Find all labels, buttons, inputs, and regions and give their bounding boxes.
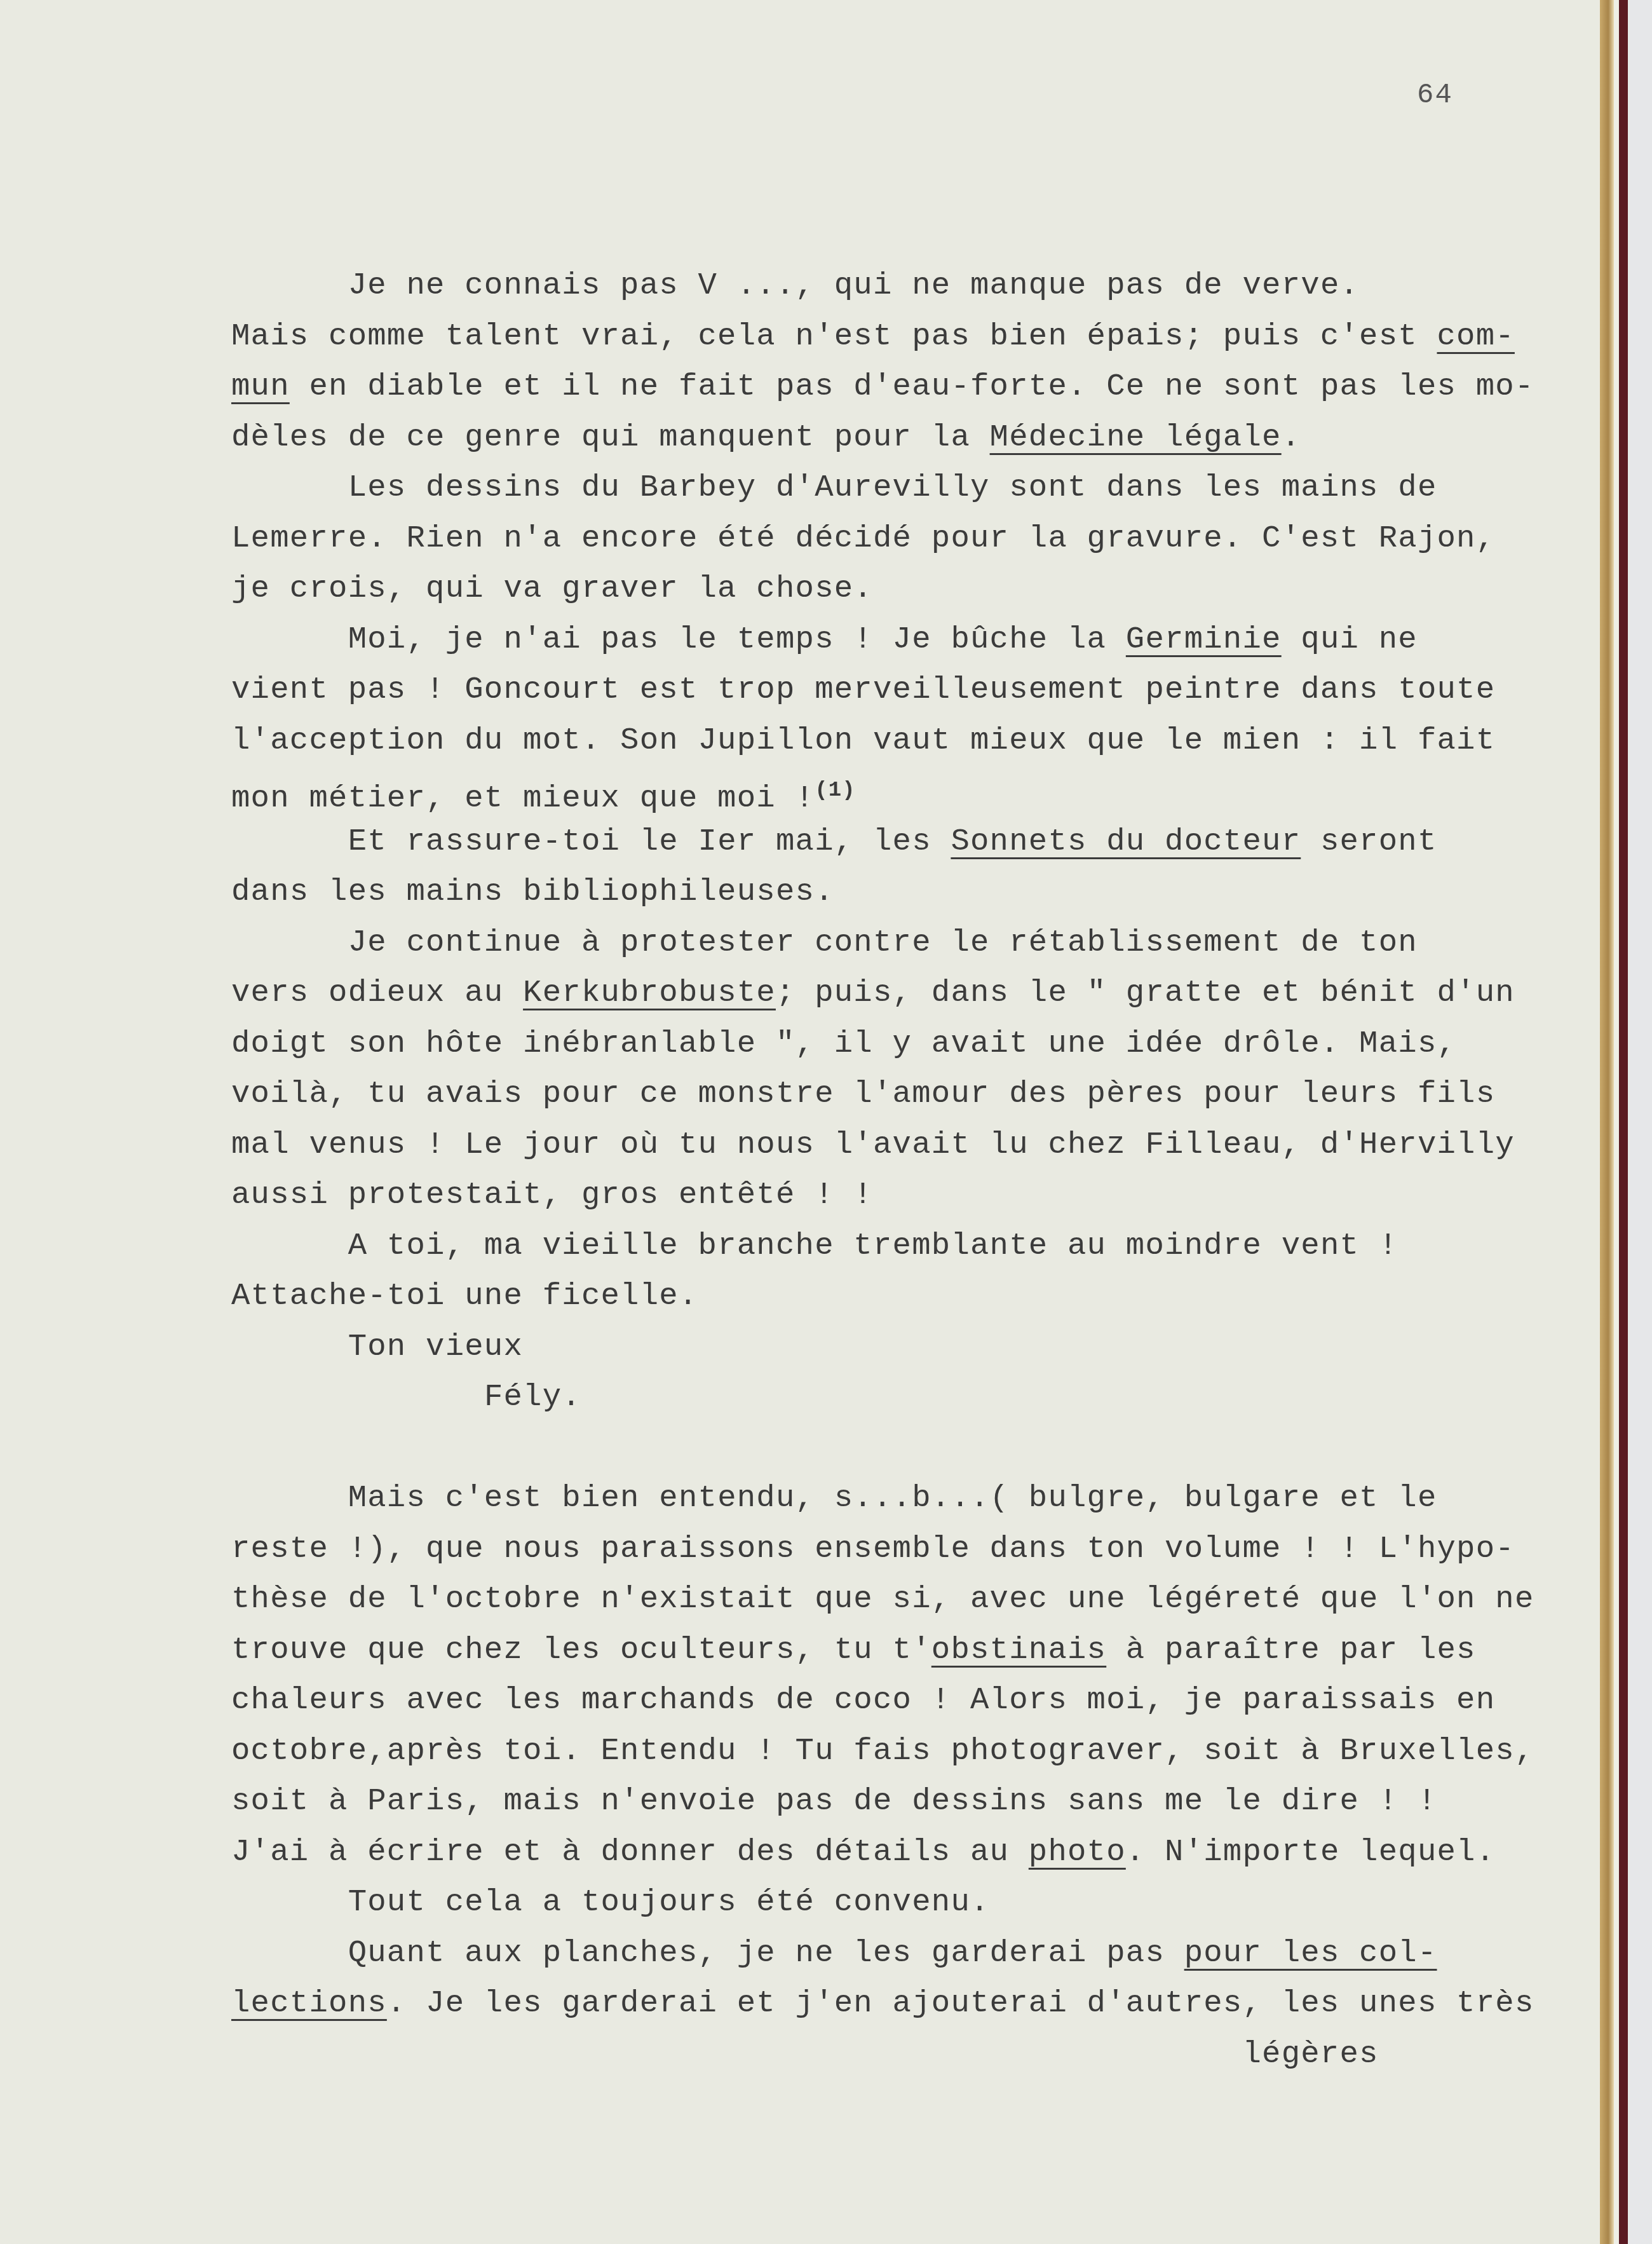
text-line: je crois, qui va graver la chose.	[231, 564, 1604, 615]
text-run: qui ne	[1282, 622, 1418, 657]
text-run: Quant aux planches, je ne les garderai p…	[348, 1935, 1184, 1971]
text-run: Ton vieux	[348, 1329, 523, 1364]
underlined-text: photo	[1029, 1834, 1126, 1870]
underlined-text: Germinie	[1126, 622, 1282, 657]
text-run: mon métier, et mieux que moi !	[231, 780, 815, 816]
text-run: Tout cela a toujours été convenu.	[348, 1884, 990, 1920]
text-run: trouve que chez les oculteurs, tu t'	[231, 1632, 931, 1668]
text-line: mal venus ! Le jour où tu nous l'avait l…	[231, 1120, 1604, 1171]
text-line: thèse de l'octobre n'existait que si, av…	[231, 1574, 1604, 1625]
text-run: l'acception du mot. Son Jupillon vaut mi…	[231, 723, 1495, 758]
text-run: à paraître par les	[1106, 1632, 1476, 1668]
book-binding-edge	[1600, 0, 1614, 2244]
text-run: aussi protestait, gros entêté ! !	[231, 1177, 873, 1213]
text-line: l'acception du mot. Son Jupillon vaut mi…	[231, 716, 1604, 766]
text-run: vers odieux au	[231, 975, 523, 1010]
underlined-text: com-	[1437, 318, 1515, 354]
letter-body: Je ne connais pas V ..., qui ne manque p…	[231, 261, 1604, 2079]
text-run: seront	[1301, 824, 1437, 859]
text-run: voilà, tu avais pour ce monstre l'amour …	[231, 1076, 1495, 1112]
text-run: . N'importe lequel.	[1126, 1834, 1496, 1870]
text-run: doigt son hôte inébranlable ", il y avai…	[231, 1026, 1456, 1061]
text-run: Fély.	[484, 1379, 581, 1415]
underlined-text: Sonnets du docteur	[951, 824, 1301, 859]
text-run: Mais c'est bien entendu, s...b...( bulgr…	[348, 1480, 1437, 1516]
text-run: Je ne connais pas V ..., qui ne manque p…	[348, 268, 1359, 303]
text-line: Les dessins du Barbey d'Aurevilly sont d…	[231, 463, 1604, 513]
text-line: doigt son hôte inébranlable ", il y avai…	[231, 1019, 1604, 1070]
text-line: Quant aux planches, je ne les garderai p…	[231, 1928, 1604, 1979]
text-line: A toi, ma vieille branche tremblante au …	[231, 1221, 1604, 1272]
underlined-text: pour les col-	[1184, 1935, 1437, 1971]
text-line: dans les mains bibliophileuses.	[231, 867, 1604, 918]
typescript-page: 64 Je ne connais pas V ..., qui ne manqu…	[0, 0, 1608, 2244]
text-run: Mais comme talent vrai, cela n'est pas b…	[231, 318, 1437, 354]
text-line: dèles de ce genre qui manquent pour la M…	[231, 412, 1604, 463]
underlined-text: obstinais	[931, 1632, 1106, 1668]
text-line: trouve que chez les oculteurs, tu t'obst…	[231, 1625, 1604, 1676]
text-line: vient pas ! Goncourt est trop merveilleu…	[231, 665, 1604, 716]
text-run: vient pas ! Goncourt est trop merveilleu…	[231, 672, 1495, 707]
page-number: 64	[1417, 79, 1453, 111]
text-run: J'ai à écrire et à donner des détails au	[231, 1834, 1029, 1870]
text-line: chaleurs avec les marchands de coco ! Al…	[231, 1675, 1604, 1726]
text-run: . Je les garderai et j'en ajouterai d'au…	[387, 1985, 1534, 2021]
text-line: Je continue à protester contre le rétabl…	[231, 918, 1604, 969]
text-run: A toi, ma vieille branche tremblante au …	[348, 1228, 1398, 1263]
text-run: .	[1282, 419, 1301, 455]
text-line: octobre,après toi. Entendu ! Tu fais pho…	[231, 1726, 1604, 1777]
text-line: aussi protestait, gros entêté ! !	[231, 1170, 1604, 1221]
text-line: Je ne connais pas V ..., qui ne manque p…	[231, 261, 1604, 311]
book-cover-edge	[1619, 0, 1628, 2244]
text-run: légères	[1242, 2036, 1378, 2072]
text-run: ; puis, dans le " gratte et bénit d'un	[776, 975, 1515, 1010]
text-run: en diable et il ne fait pas d'eau-forte.…	[290, 369, 1534, 404]
text-line: mun en diable et il ne fait pas d'eau-fo…	[231, 362, 1604, 412]
text-line	[231, 1423, 1604, 1474]
text-line: Ton vieux	[231, 1322, 1604, 1373]
text-line: vers odieux au Kerkubrobuste; puis, dans…	[231, 968, 1604, 1019]
text-run: dèles de ce genre qui manquent pour la	[231, 419, 990, 455]
underlined-text: Kerkubrobuste	[523, 975, 776, 1010]
text-line: Moi, je n'ai pas le temps ! Je bûche la …	[231, 615, 1604, 665]
text-line: Fély.	[231, 1372, 1604, 1423]
text-line: reste !), que nous paraissons ensemble d…	[231, 1524, 1604, 1575]
text-run: Et rassure-toi le Ier mai, les	[348, 824, 951, 859]
text-line: lections. Je les garderai et j'en ajoute…	[231, 1978, 1604, 2029]
text-run: je crois, qui va graver la chose.	[231, 571, 873, 606]
text-line: Et rassure-toi le Ier mai, les Sonnets d…	[231, 817, 1604, 867]
text-run: mal venus ! Le jour où tu nous l'avait l…	[231, 1127, 1515, 1162]
underlined-text: Médecine légale	[990, 419, 1282, 455]
text-run: octobre,après toi. Entendu ! Tu fais pho…	[231, 1733, 1534, 1769]
text-run: Attache-toi une ficelle.	[231, 1278, 698, 1314]
footnote-marker: (1)	[815, 779, 856, 803]
background-margin	[1628, 0, 1652, 2244]
text-line: J'ai à écrire et à donner des détails au…	[231, 1827, 1604, 1878]
text-line: Tout cela a toujours été convenu.	[231, 1877, 1604, 1928]
text-line: légères	[231, 2029, 1604, 2080]
text-run: Moi, je n'ai pas le temps ! Je bûche la	[348, 622, 1126, 657]
text-line: Attache-toi une ficelle.	[231, 1271, 1604, 1322]
text-run: Les dessins du Barbey d'Aurevilly sont d…	[348, 470, 1437, 505]
text-run: soit à Paris, mais n'envoie pas de dessi…	[231, 1783, 1437, 1819]
text-line: Lemerre. Rien n'a encore été décidé pour…	[231, 513, 1604, 564]
text-line: mon métier, et mieux que moi !(1)	[231, 766, 1604, 817]
underlined-text: mun	[231, 369, 290, 404]
text-run: thèse de l'octobre n'existait que si, av…	[231, 1581, 1534, 1617]
text-run: dans les mains bibliophileuses.	[231, 874, 834, 909]
text-run: chaleurs avec les marchands de coco ! Al…	[231, 1682, 1495, 1718]
text-run: Je continue à protester contre le rétabl…	[348, 925, 1418, 960]
text-line: soit à Paris, mais n'envoie pas de dessi…	[231, 1776, 1604, 1827]
text-run: reste !), que nous paraissons ensemble d…	[231, 1531, 1515, 1567]
underlined-text: lections	[231, 1985, 387, 2021]
text-line: Mais c'est bien entendu, s...b...( bulgr…	[231, 1473, 1604, 1524]
text-line: Mais comme talent vrai, cela n'est pas b…	[231, 311, 1604, 362]
text-line: voilà, tu avais pour ce monstre l'amour …	[231, 1069, 1604, 1120]
text-run: Lemerre. Rien n'a encore été décidé pour…	[231, 520, 1495, 556]
